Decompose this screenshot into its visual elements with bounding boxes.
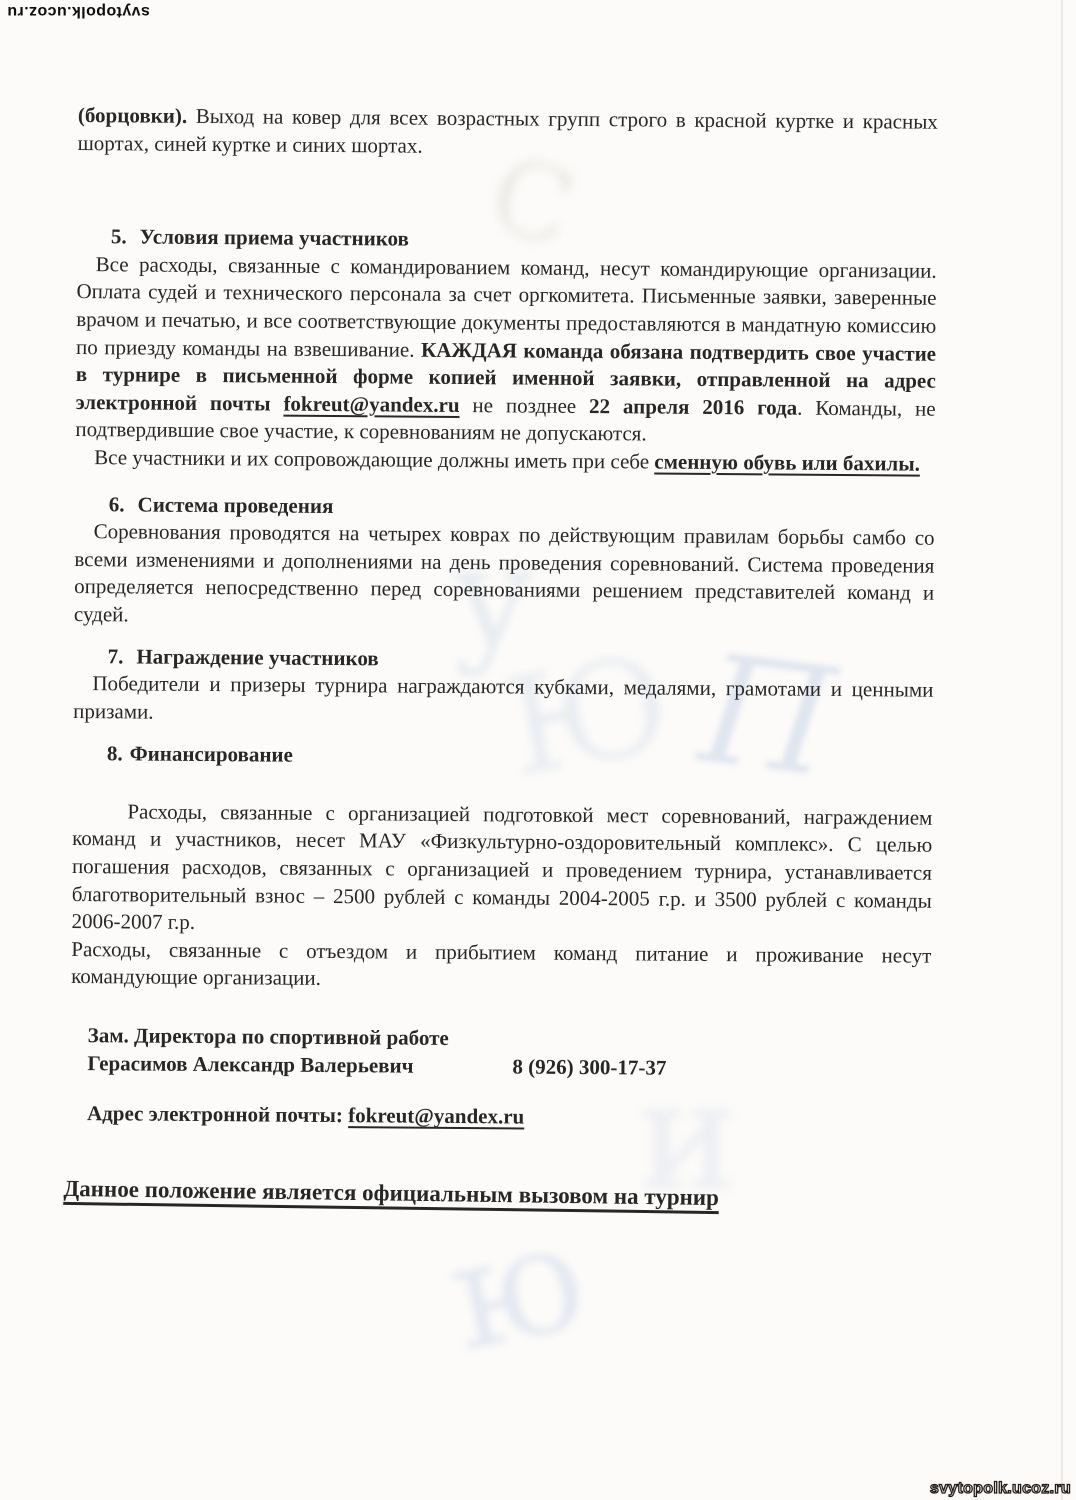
bleed-through-mark: ю [438,1200,597,1374]
deadline-date: 22 апреля 2016 года [589,394,797,420]
text-run: (борцовки). [78,103,187,128]
signature-name-line: Герасимов Александр Валерьевич8 (926) 30… [87,1050,930,1084]
section-7-title: Награждение участников [136,644,378,670]
section-8-heading: 8.Финансирование [73,740,933,774]
email-inline: fokreut@yandex.ru [283,391,459,416]
email-label: Адрес электронной почты: [87,1101,348,1127]
watermark-bottom-right: svytopolk.ucoz.ru [930,1480,1071,1498]
text-run: Выход на ковер для всех возрастных групп… [78,104,938,157]
text-run: сменную обувь или бахилы. [654,449,920,475]
section-8-paragraph-2: Расходы, связанные с отъездом и прибытие… [71,936,931,998]
signature-name: Герасимов Александр Валерьевич [87,1050,512,1081]
section-5-number: 5. [111,224,127,248]
scan-page-edge [1061,0,1063,1500]
section-6-paragraph-1: Соревнования проводятся на четырех ковра… [74,518,935,635]
section-6-number: 6. [109,492,125,516]
section-7-number: 7. [108,644,124,668]
section-8-title: Финансирование [130,742,293,767]
signature-block: Зам. Директора по спортивной работе Гера… [87,1022,931,1134]
section-8-number: 8. [107,742,123,766]
signature-phone: 8 (926) 300-17-37 [512,1054,666,1079]
text-run: Все участники и их сопровождающие должны… [94,445,654,473]
paragraph-intro: (борцовки). Выход на ковер для всех возр… [78,102,938,164]
section-8-paragraph-1: Расходы, связанные с организацией подгот… [71,798,932,943]
section-5-paragraph-2: Все участники и их сопровождающие должны… [75,444,935,478]
text-run: не позднее [459,393,589,418]
section-6-title: Система проведения [138,492,334,518]
email-address: fokreut@yandex.ru [348,1103,524,1128]
section-5-paragraph-1: Все расходы, связанные с командированием… [75,251,936,451]
official-invitation-statement: Данное положение является официальным вы… [63,1174,929,1216]
email-line: Адрес электронной почты: fokreut@yandex.… [87,1100,930,1134]
section-5-title: Условия приема участников [140,225,409,251]
section-7-paragraph-1: Победители и призеры турнира награждаютс… [73,670,933,732]
document-text: (борцовки). Выход на ковер для всех возр… [69,102,938,1211]
watermark-top-left: svytopolk.ucoz.ru [7,2,150,20]
